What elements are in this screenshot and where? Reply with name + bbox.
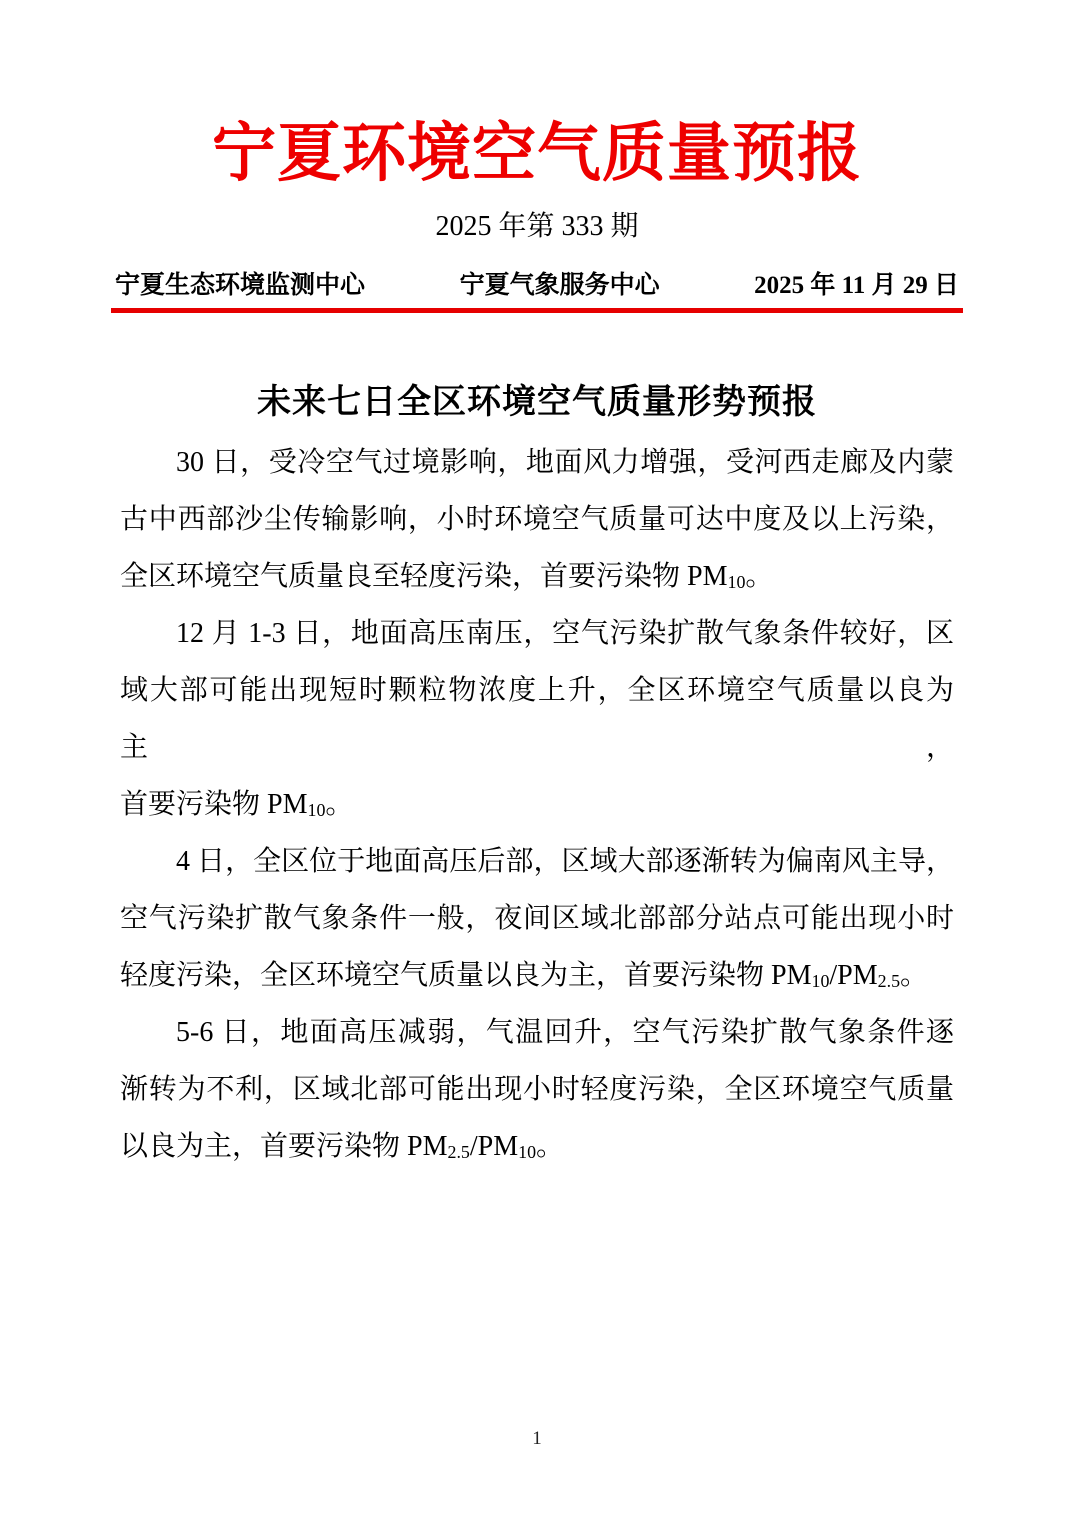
forecast-body: 30 日，受冷空气过境影响，地面风力增强，受河西走廊及内蒙 古中西部沙尘传输影响… xyxy=(120,434,954,1175)
header-org-row: 宁夏生态环境监测中心 宁夏气象服务中心 2025 年 11 月 29 日 xyxy=(115,271,959,301)
body-line: 空气污染扩散气象条件一般，夜间区域北部部分站点可能出现小时 xyxy=(120,890,954,947)
body-line: 首要污染物 PM10。 xyxy=(120,776,954,833)
body-line: 12 月 1-3 日，地面高压南压，空气污染扩散气象条件较好，区 xyxy=(120,605,954,662)
page-title: 宁夏环境空气质量预报 xyxy=(0,0,1074,190)
body-line: 全区环境空气质量良至轻度污染，首要污染物 PM10。 xyxy=(120,548,954,605)
page-number: 1 xyxy=(0,1428,1074,1451)
section-heading: 未来七日全区环境空气质量形势预报 xyxy=(0,381,1074,424)
body-line: 以良为主，首要污染物 PM2.5/PM10。 xyxy=(120,1118,954,1175)
issue-number: 2025 年第 333 期 xyxy=(0,210,1074,244)
body-line: 5-6 日，地面高压减弱，气温回升，空气污染扩散气象条件逐 xyxy=(120,1004,954,1061)
body-line: 轻度污染，全区环境空气质量以良为主，首要污染物 PM10/PM2.5。 xyxy=(120,947,954,1004)
org-meteorological-center: 宁夏气象服务中心 xyxy=(460,271,660,301)
body-line: 域大部可能出现短时颗粒物浓度上升，全区环境空气质量以良为主， xyxy=(120,662,954,776)
document-page: 宁夏环境空气质量预报 2025 年第 333 期 宁夏生态环境监测中心 宁夏气象… xyxy=(0,0,1074,1520)
body-line: 渐转为不利，区域北部可能出现小时轻度污染，全区环境空气质量 xyxy=(120,1061,954,1118)
red-divider-rule xyxy=(111,308,963,313)
body-line: 30 日，受冷空气过境影响，地面风力增强，受河西走廊及内蒙 xyxy=(120,434,954,491)
body-line: 4 日，全区位于地面高压后部，区域大部逐渐转为偏南风主导， xyxy=(120,833,954,890)
report-date: 2025 年 11 月 29 日 xyxy=(754,271,959,301)
body-line: 古中西部沙尘传输影响，小时环境空气质量可达中度及以上污染， xyxy=(120,491,954,548)
org-monitoring-center: 宁夏生态环境监测中心 xyxy=(115,271,365,301)
